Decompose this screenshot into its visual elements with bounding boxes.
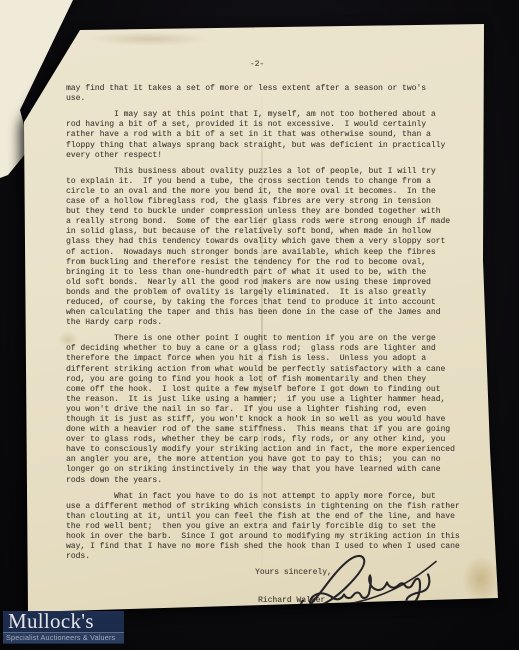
paragraph-4: There is one other point I ought to ment…	[66, 334, 470, 485]
typed-letter-body: -2- may find that it takes a set of more…	[66, 60, 470, 607]
letter-page-wrap: -2- may find that it takes a set of more…	[0, 0, 519, 650]
auction-house-watermark: Mullock's Specialist Auctioneers & Value…	[3, 611, 124, 644]
auction-photo-of-letter: -2- may find that it takes a set of more…	[0, 0, 519, 650]
page-number: -2-	[66, 60, 470, 70]
letter-page: -2- may find that it takes a set of more…	[0, 0, 519, 650]
watermark-name: Mullock's	[3, 611, 124, 631]
watermark-tagline: Specialist Auctioneers & Valuers	[3, 632, 124, 643]
handwritten-signature	[243, 544, 443, 610]
paragraph-3: This business about ovality puzzles a lo…	[66, 167, 470, 329]
top-edge-shadow	[90, 32, 210, 46]
paragraph-1: may find that it takes a set of more or …	[66, 84, 470, 104]
paragraph-2: I may say at this point that I, myself, …	[66, 110, 470, 160]
